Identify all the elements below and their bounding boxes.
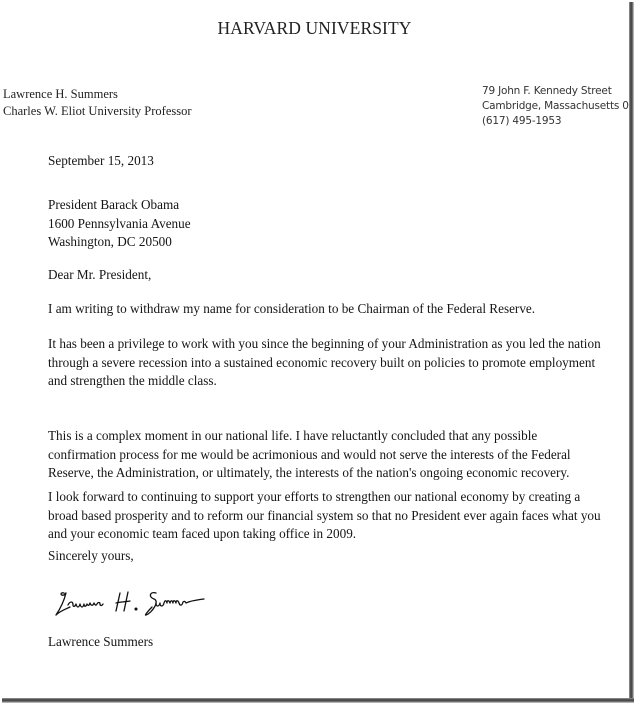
institution-name: HARVARD UNIVERSITY — [0, 18, 629, 39]
paragraph-2: It has been a privilege to work with you… — [48, 335, 608, 391]
recipient-name: President Barack Obama — [48, 196, 191, 215]
sender-address: 79 John F. Kennedy Street Cambridge, Mas… — [482, 84, 634, 129]
paragraph-3: This is a complex moment in our national… — [48, 427, 608, 483]
letter-page: HARVARD UNIVERSITY Lawrence H. Summers C… — [0, 0, 629, 698]
address-phone: (617) 495-1953 — [482, 114, 634, 129]
salutation: Dear Mr. President, — [48, 266, 151, 285]
closing: Sincerely yours, — [48, 547, 134, 566]
address-street: 79 John F. Kennedy Street — [482, 84, 634, 99]
page-shadow-bottom — [2, 698, 634, 703]
recipient-block: President Barack Obama 1600 Pennsylvania… — [48, 196, 191, 252]
paragraph-4: I look forward to continuing to support … — [48, 488, 608, 544]
sender-block: Lawrence H. Summers Charles W. Eliot Uni… — [3, 86, 192, 120]
paragraph-1: I am writing to withdraw my name for con… — [48, 300, 608, 319]
recipient-city: Washington, DC 20500 — [48, 233, 191, 252]
recipient-street: 1600 Pennsylvania Avenue — [48, 215, 191, 234]
sender-name: Lawrence H. Summers — [3, 86, 192, 103]
signed-name: Lawrence Summers — [48, 633, 153, 652]
page-shadow-right — [629, 2, 634, 703]
letter-date: September 15, 2013 — [48, 152, 154, 171]
sender-title: Charles W. Eliot University Professor — [3, 103, 192, 120]
address-city: Cambridge, Massachusetts 02138 — [482, 99, 634, 114]
signature-icon — [52, 583, 232, 623]
